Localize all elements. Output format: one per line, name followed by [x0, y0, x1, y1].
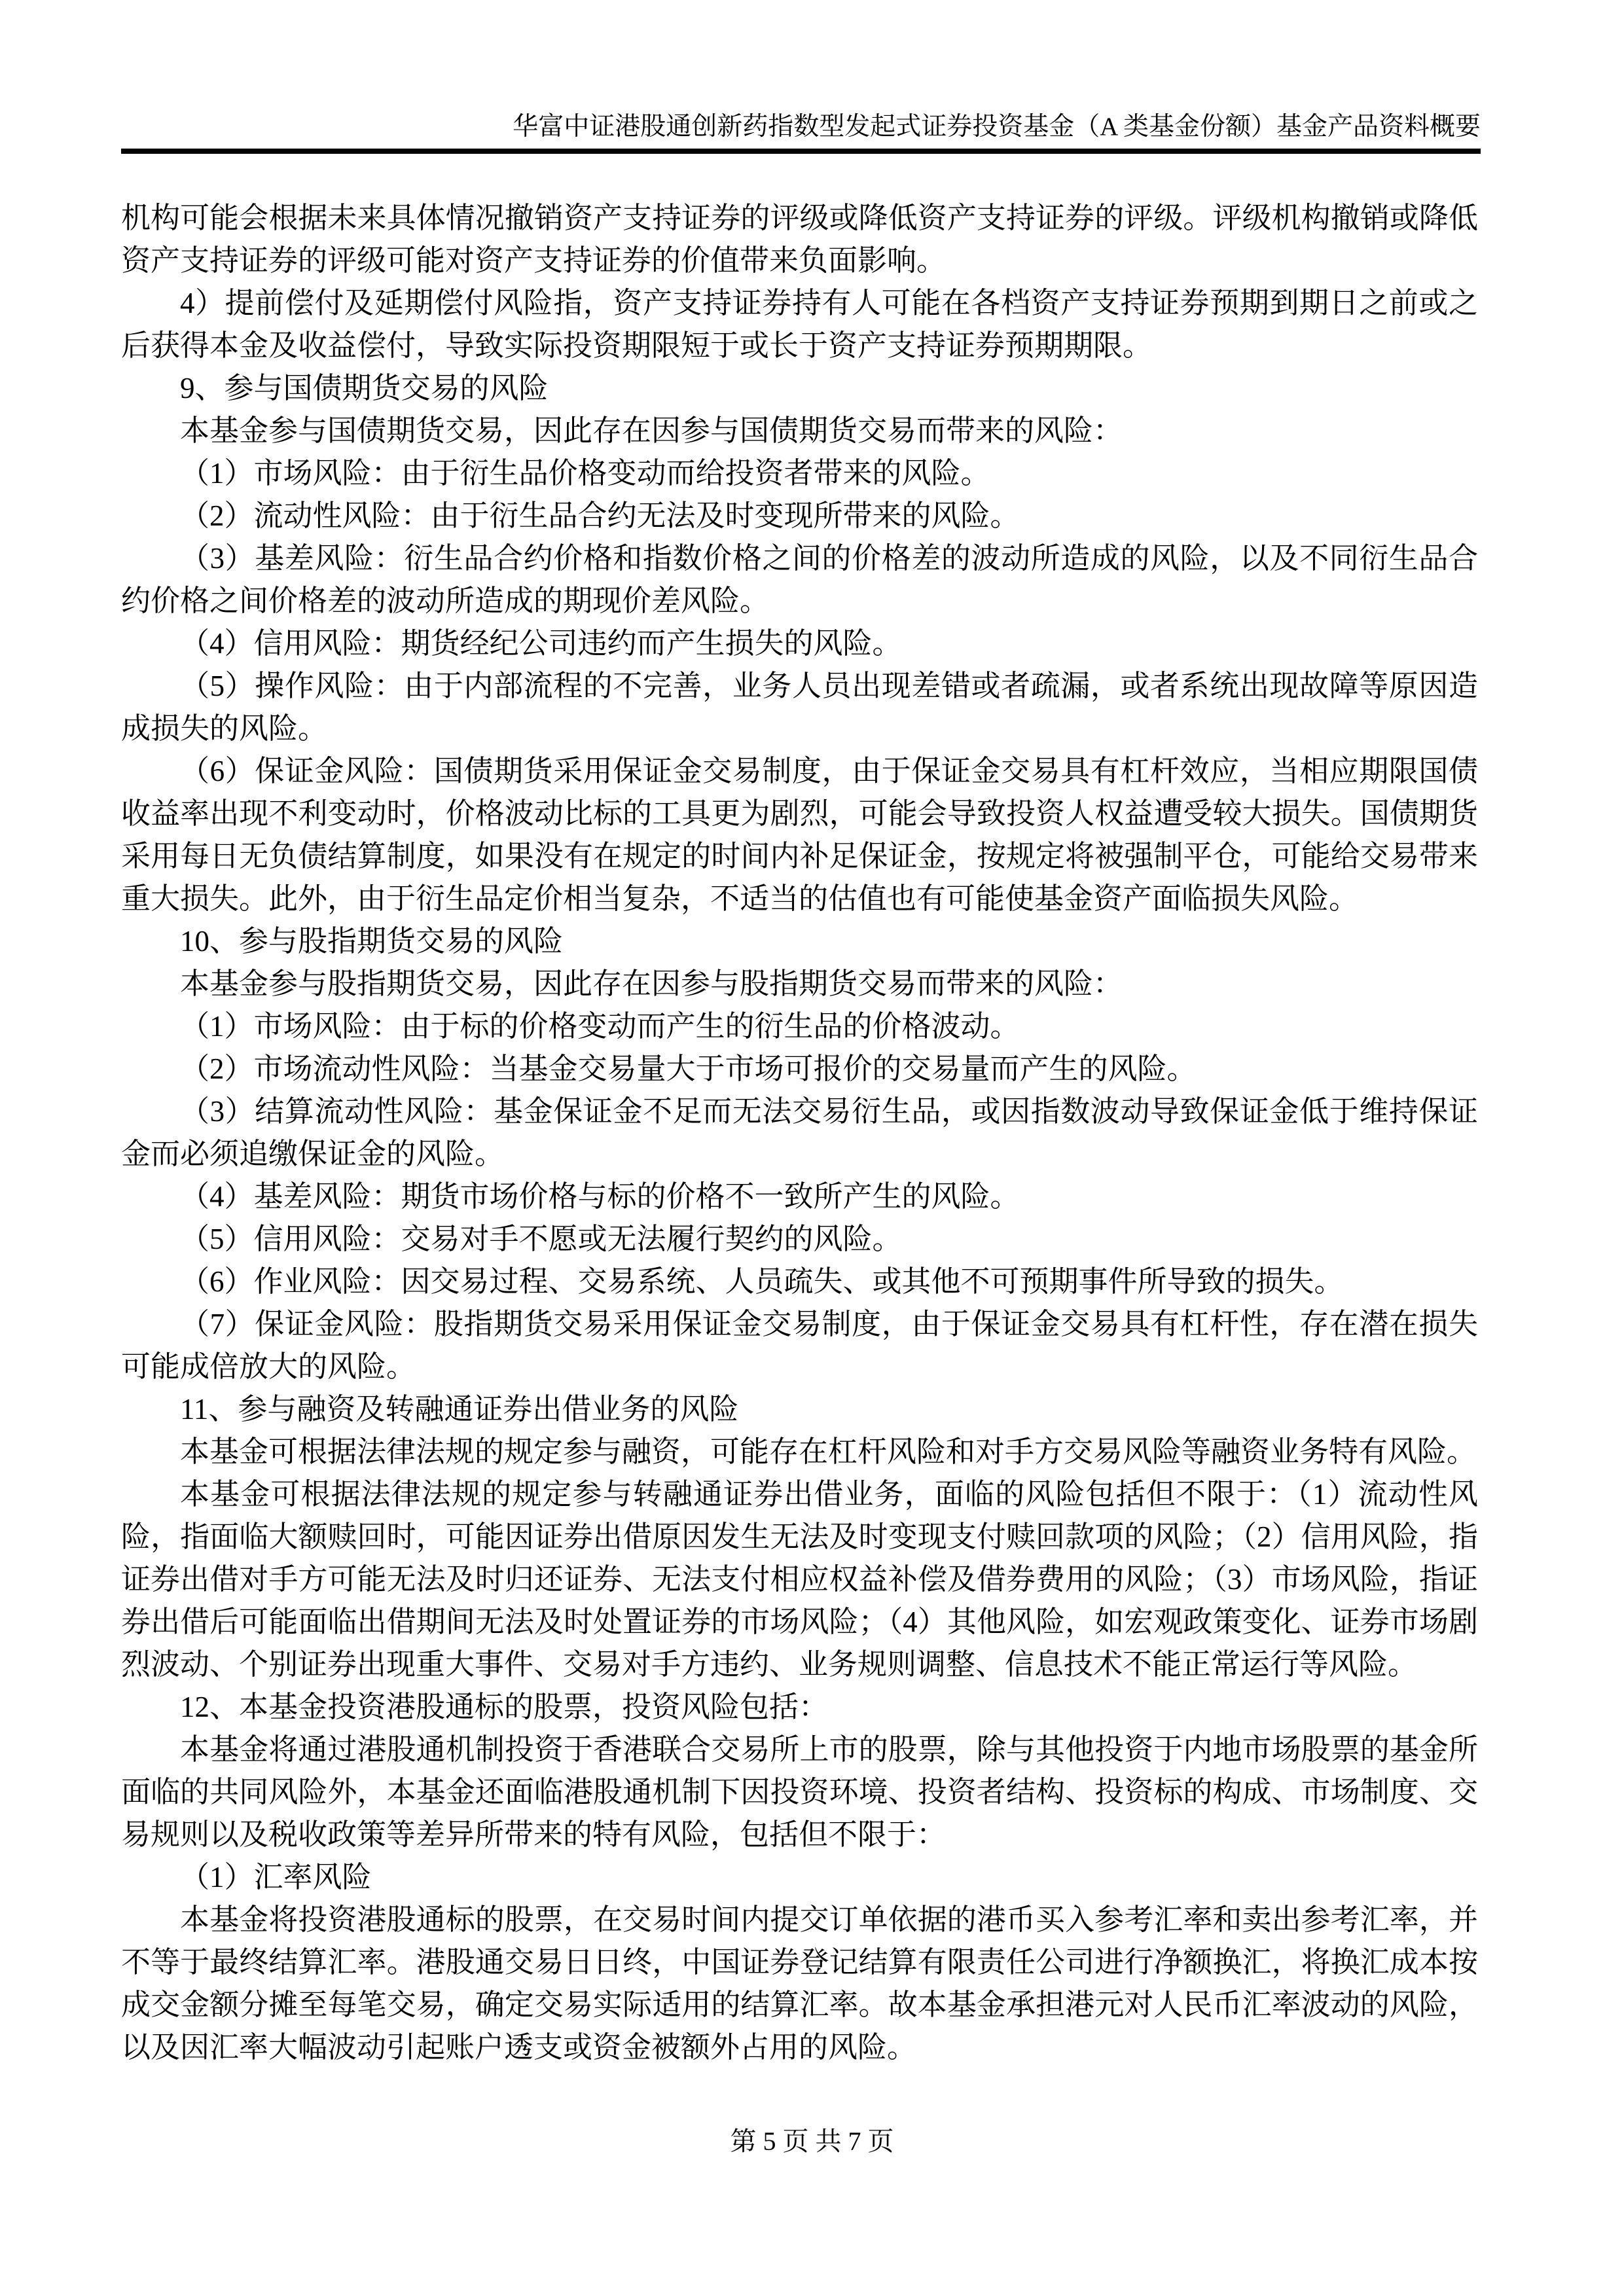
paragraph: 本基金可根据法律法规的规定参与转融通证券出借业务，面临的风险包括但不限于：（1）…: [121, 1473, 1478, 1686]
paragraph: 9、参与国债期货交易的风险: [121, 367, 1478, 410]
paragraph: 本基金参与国债期货交易，因此存在因参与国债期货交易而带来的风险：: [121, 410, 1478, 452]
paragraph: （1）市场风险：由于标的价格变动而产生的衍生品的价格波动。: [121, 1005, 1478, 1048]
paragraph: 12、本基金投资港股通标的股票，投资风险包括：: [121, 1686, 1478, 1729]
page-number: 第 5 页 共 7 页: [0, 2128, 1624, 2155]
paragraph: （3）基差风险：衍生品合约价格和指数价格之间的价格差的波动所造成的风险，以及不同…: [121, 537, 1478, 622]
paragraph: 11、参与融资及转融通证券出借业务的风险: [121, 1388, 1478, 1431]
paragraph: 本基金可根据法律法规的规定参与融资，可能存在杠杆风险和对手方交易风险等融资业务特…: [121, 1431, 1478, 1473]
paragraph: （5）信用风险：交易对手不愿或无法履行契约的风险。: [121, 1218, 1478, 1261]
paragraph: （4）基差风险：期货市场价格与标的价格不一致所产生的风险。: [121, 1175, 1478, 1218]
paragraph: 机构可能会根据未来具体情况撤销资产支持证券的评级或降低资产支持证券的评级。评级机…: [121, 197, 1478, 282]
paragraph: （2）流动性风险：由于衍生品合约无法及时变现所带来的风险。: [121, 495, 1478, 537]
paragraph: （6）作业风险：因交易过程、交易系统、人员疏失、或其他不可预期事件所导致的损失。: [121, 1261, 1478, 1303]
paragraph: （3）结算流动性风险：基金保证金不足而无法交易衍生品，或因指数波动导致保证金低于…: [121, 1090, 1478, 1175]
document-body: 机构可能会根据未来具体情况撤销资产支持证券的评级或降低资产支持证券的评级。评级机…: [121, 197, 1478, 2069]
paragraph: （4）信用风险：期货经纪公司违约而产生损失的风险。: [121, 622, 1478, 665]
paragraph: （2）市场流动性风险：当基金交易量大于市场可报价的交易量而产生的风险。: [121, 1048, 1478, 1090]
paragraph: （5）操作风险：由于内部流程的不完善，业务人员出现差错或者疏漏，或者系统出现故障…: [121, 665, 1478, 750]
paragraph: 本基金将通过港股通机制投资于香港联合交易所上市的股票，除与其他投资于内地市场股票…: [121, 1729, 1478, 1856]
paragraph: （7）保证金风险：股指期货交易采用保证金交易制度，由于保证金交易具有杠杆性，存在…: [121, 1303, 1478, 1388]
paragraph: 本基金将投资港股通标的股票，在交易时间内提交订单依据的港币买入参考汇率和卖出参考…: [121, 1899, 1478, 2069]
paragraph: （6）保证金风险：国债期货采用保证金交易制度，由于保证金交易具有杠杆效应，当相应…: [121, 750, 1478, 920]
paragraph: （1）汇率风险: [121, 1856, 1478, 1899]
document-header: 华富中证港股通创新药指数型发起式证券投资基金（A 类基金份额）基金产品资料概要: [121, 0, 1481, 154]
paragraph: （1）市场风险：由于衍生品价格变动而给投资者带来的风险。: [121, 452, 1478, 495]
page-title: 华富中证港股通创新药指数型发起式证券投资基金（A 类基金份额）基金产品资料概要: [513, 113, 1481, 149]
paragraph: 10、参与股指期货交易的风险: [121, 920, 1478, 963]
paragraph: 4）提前偿付及延期偿付风险指，资产支持证券持有人可能在各档资产支持证券预期到期日…: [121, 282, 1478, 367]
paragraph: 本基金参与股指期货交易，因此存在因参与股指期货交易而带来的风险：: [121, 963, 1478, 1005]
document-page: 华富中证港股通创新药指数型发起式证券投资基金（A 类基金份额）基金产品资料概要 …: [0, 0, 1624, 2296]
